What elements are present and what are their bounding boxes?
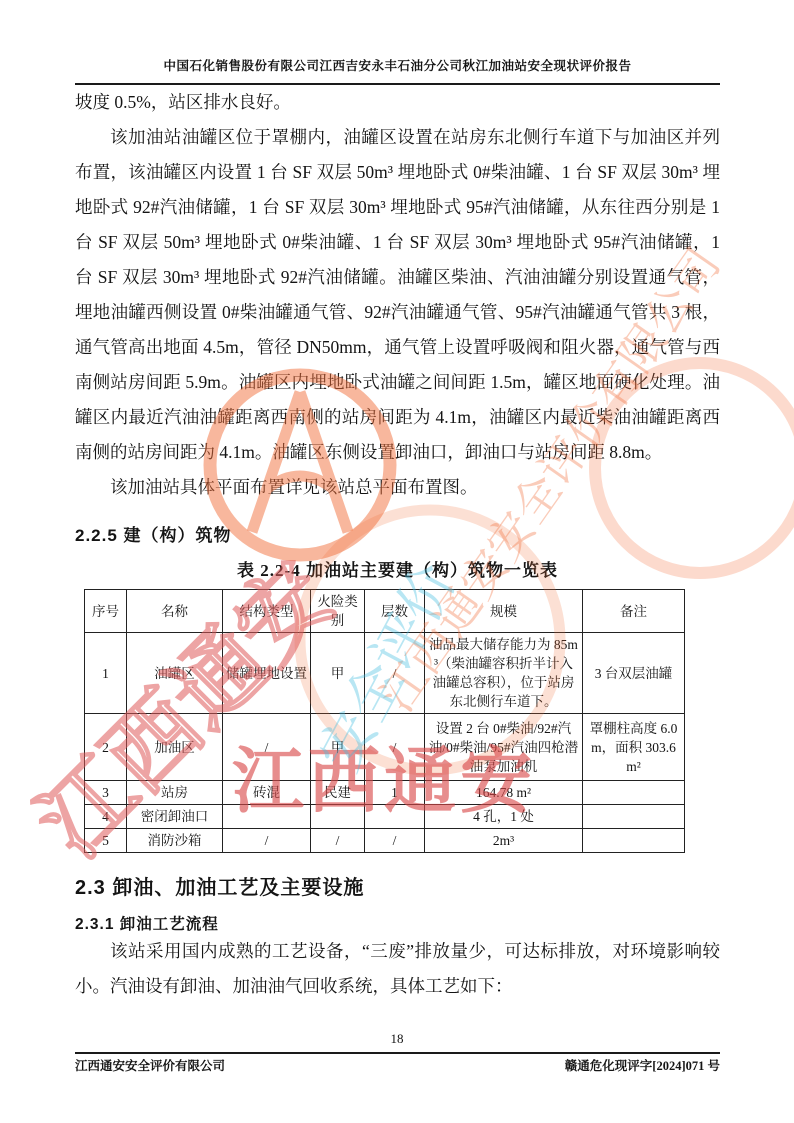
cell-floors: 1	[365, 781, 425, 805]
paragraph-process-intro: 该站采用国内成熟的工艺设备，“三废”排放量少，可达标排放，对环境影响较小。汽油设…	[75, 934, 720, 1004]
col-header-structure: 结构类型	[223, 590, 311, 633]
col-header-seq: 序号	[85, 590, 127, 633]
paragraph-tank-area: 该加油站油罐区位于罩棚内，油罐区设置在站房东北侧行车道下与加油区并列布置，该油罐…	[75, 120, 720, 470]
cell-structure: /	[223, 714, 311, 781]
col-header-name: 名称	[127, 590, 223, 633]
cell-fire-class: 甲	[311, 633, 365, 714]
section-heading-2-2-5: 2.2.5 建（构）筑物	[75, 521, 720, 546]
cell-floors: /	[365, 714, 425, 781]
paragraph-slope-drainage: 坡度 0.5%，站区排水良好。	[75, 85, 720, 120]
cell-fire-class: 甲	[311, 714, 365, 781]
section-heading-2-3-1: 2.3.1 卸油工艺流程	[75, 912, 720, 934]
cell-floors	[365, 805, 425, 829]
cell-fire-class: /	[311, 829, 365, 853]
cell-floors: /	[365, 633, 425, 714]
table-row: 5 消防沙箱 / / / 2m³	[85, 829, 685, 853]
cell-structure: /	[223, 829, 311, 853]
cell-name: 站房	[127, 781, 223, 805]
footer: 江西通安安全评价有限公司 赣通危化现评字[2024]071 号	[75, 1056, 720, 1074]
cell-scale: 2m³	[425, 829, 583, 853]
cell-structure	[223, 805, 311, 829]
cell-remark	[583, 829, 685, 853]
col-header-remark: 备注	[583, 590, 685, 633]
cell-scale: 设置 2 台 0#柴油/92#汽油/0#柴油/95#汽油四枪潜油泵加油机	[425, 714, 583, 781]
table-row: 1 油罐区 储罐埋地设置 甲 / 油品最大储存能力为 85m³（柴油罐容积折半计…	[85, 633, 685, 714]
cell-seq: 1	[85, 633, 127, 714]
footer-divider	[75, 1052, 720, 1054]
col-header-floors: 层数	[365, 590, 425, 633]
table-caption: 表 2.2-4 加油站主要建（构）筑物一览表	[75, 556, 720, 581]
col-header-scale: 规模	[425, 590, 583, 633]
cell-scale: 4 孔，1 处	[425, 805, 583, 829]
table-row: 2 加油区 / 甲 / 设置 2 台 0#柴油/92#汽油/0#柴油/95#汽油…	[85, 714, 685, 781]
cell-name: 油罐区	[127, 633, 223, 714]
cell-seq: 5	[85, 829, 127, 853]
table-row: 4 密闭卸油口 4 孔，1 处	[85, 805, 685, 829]
cell-scale: 油品最大储存能力为 85m³（柴油罐容积折半计入油罐总容积），位于站房东北侧行车…	[425, 633, 583, 714]
cell-name: 消防沙箱	[127, 829, 223, 853]
cell-floors: /	[365, 829, 425, 853]
cell-remark: 3 台双层油罐	[583, 633, 685, 714]
col-header-fire-class: 火险类别	[311, 590, 365, 633]
cell-scale: 164.78 m²	[425, 781, 583, 805]
cell-seq: 2	[85, 714, 127, 781]
table-row: 3 站房 砖混 民建 1 164.78 m²	[85, 781, 685, 805]
cell-remark: 罩棚柱高度 6.0m，面积 303.6 m²	[583, 714, 685, 781]
cell-name: 加油区	[127, 714, 223, 781]
page-content: 中国石化销售股份有限公司江西吉安永丰石油分公司秋江加油站安全现状评价报告 坡度 …	[0, 56, 794, 1004]
cell-fire-class	[311, 805, 365, 829]
table-header-row: 序号 名称 结构类型 火险类别 层数 规模 备注	[85, 590, 685, 633]
page-number: 18	[0, 1031, 794, 1047]
footer-company: 江西通安安全评价有限公司	[75, 1056, 225, 1074]
paragraph-layout-reference: 该加油站具体平面布置详见该站总平面布置图。	[75, 470, 720, 505]
cell-seq: 4	[85, 805, 127, 829]
cell-seq: 3	[85, 781, 127, 805]
cell-structure: 砖混	[223, 781, 311, 805]
cell-structure: 储罐埋地设置	[223, 633, 311, 714]
report-header-title: 中国石化销售股份有限公司江西吉安永丰石油分公司秋江加油站安全现状评价报告	[75, 56, 720, 85]
cell-fire-class: 民建	[311, 781, 365, 805]
cell-remark	[583, 805, 685, 829]
cell-remark	[583, 781, 685, 805]
buildings-table: 序号 名称 结构类型 火险类别 层数 规模 备注 1 油罐区 储罐埋地设置 甲 …	[84, 589, 685, 853]
section-heading-2-3: 2.3 卸油、加油工艺及主要设施	[75, 871, 720, 900]
document-page: 江西通安安全评价有限公司 江西通安 江西通安 安全评价 中国石化销售股份有限公司…	[0, 0, 794, 1123]
cell-name: 密闭卸油口	[127, 805, 223, 829]
footer-doc-number: 赣通危化现评字[2024]071 号	[565, 1056, 720, 1074]
